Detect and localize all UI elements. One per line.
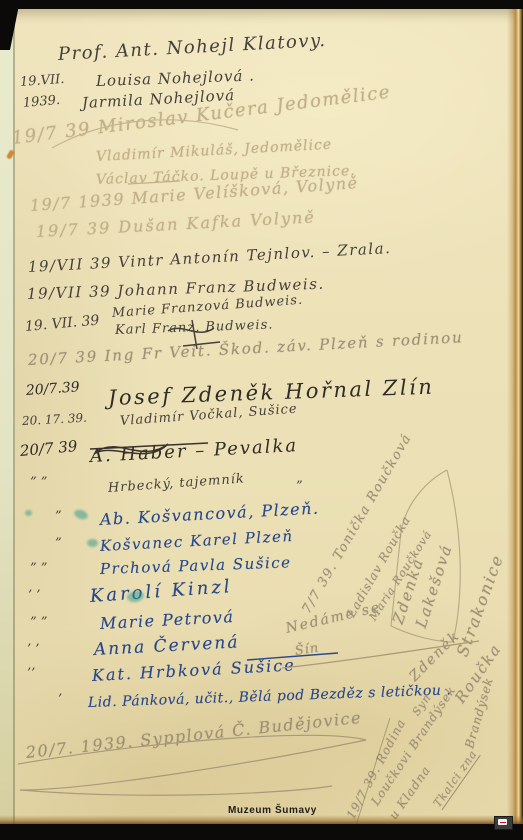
ditto-mark: ’ ’ [27, 643, 39, 656]
ink-smudge [25, 510, 32, 516]
entry-date: 19.VII. [20, 73, 65, 89]
ditto-mark: ” ” [30, 562, 47, 575]
entry-date: 1939. [22, 94, 60, 110]
page-right-edge [507, 0, 523, 840]
entry-date: 20. 17. 39. [22, 412, 87, 427]
ditto-mark: ” [55, 510, 62, 523]
watermark-red-bar [500, 822, 506, 824]
ditto-mark: ” ” [30, 616, 47, 629]
ditto-mark: ” ” [30, 476, 47, 489]
ditto-mark: ’ ’ [28, 589, 40, 602]
ditto-mark: ” [296, 480, 303, 493]
scanner-watermark-icon [494, 816, 513, 830]
scan-border-top [0, 0, 523, 9]
entry-date: 20/7.39 [26, 380, 81, 398]
scan-border-bottom [0, 824, 523, 840]
ink-smudge [87, 539, 98, 547]
ditto-mark: ’ [58, 693, 62, 706]
ditto-mark: ” [55, 537, 62, 550]
scanned-guestbook-page: Prof. Ant. Nohejl Klatovy. 19.VII. 1939.… [0, 0, 523, 840]
annotation-line: Šín [294, 642, 320, 658]
ditto-mark: ’’ [27, 667, 35, 680]
